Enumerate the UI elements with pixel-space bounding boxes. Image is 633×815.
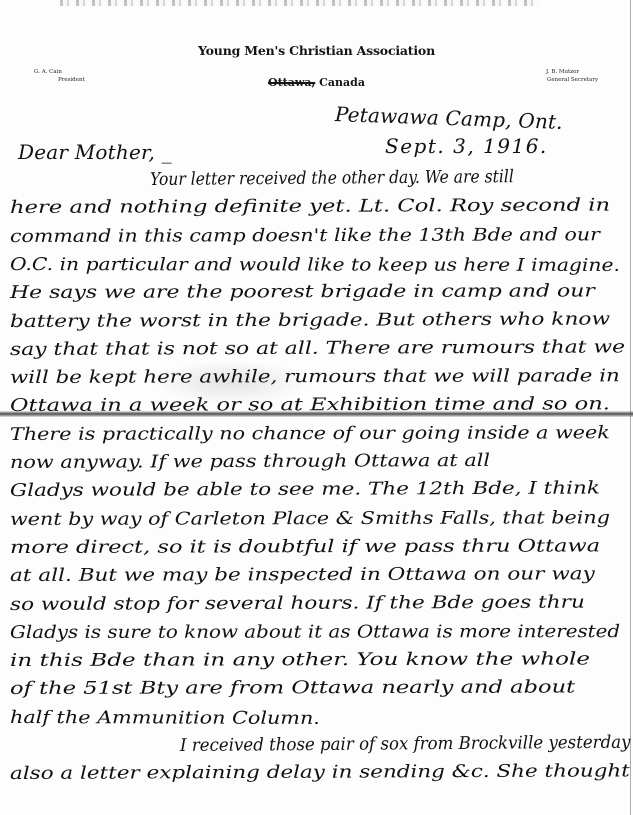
letter-line: Your letter received the other day. We a… [150,167,514,190]
letter-line: say that that is not so at all. There ar… [10,337,625,360]
letter-line: Gladys is sure to know about it as Ottaw… [10,622,620,643]
letter-line: half the Ammunition Column. [10,708,320,729]
secretary-name: J. B. Mutzer [546,68,598,76]
letterhead-location: Ottawa, Canada [0,76,633,89]
letterhead-country: Canada [319,76,365,89]
letter-line: of the 51st Bty are from Ottawa nearly a… [10,678,575,700]
letter-date: Sept. 3, 1916. [385,134,548,158]
letter-line: at all. But we may be inspected in Ottaw… [10,565,595,587]
letter-line: also a letter explaining delay in sendin… [10,762,630,785]
letter-page: Young Men's Christian Association G. A. … [0,0,633,815]
letterhead-organization: Young Men's Christian Association [0,43,633,58]
letter-line: in this Bde than in any other. You know … [10,650,590,672]
letter-line: will be kept here awhile, rumours that w… [10,366,620,388]
letter-line: O.C. in particular and would like to kee… [10,255,620,276]
letter-salutation: Dear Mother, _ [18,140,172,164]
letter-line: went by way of Carleton Place & Smiths F… [10,508,610,530]
letter-line: here and nothing definite yet. Lt. Col. … [10,196,610,218]
letter-line: He says we are the poorest brigade in ca… [10,282,595,304]
letter-line: There is practically no chance of our go… [10,423,610,445]
letter-line: Ottawa in a week or so at Exhibition tim… [10,395,610,417]
letter-place: Petawawa Camp, Ont. [335,102,564,134]
scan-noise [60,0,540,6]
letter-line: more direct, so it is doubtful if we pas… [10,536,600,558]
letter-line: command in this camp doesn't like the 13… [10,225,600,247]
letter-line: Gladys would be able to see me. The 12th… [10,479,600,502]
letter-line: so would stop for several hours. If the … [10,592,585,614]
letter-line: I received those pair of sox from Brockv… [180,733,631,756]
struck-city: Ottawa, [268,76,315,89]
letter-line: now anyway. If we pass through Ottawa at… [10,451,490,473]
page-edge [630,0,631,815]
letter-line: battery the worst in the brigade. But ot… [10,309,610,332]
president-name: G. A. Cain [34,68,85,76]
